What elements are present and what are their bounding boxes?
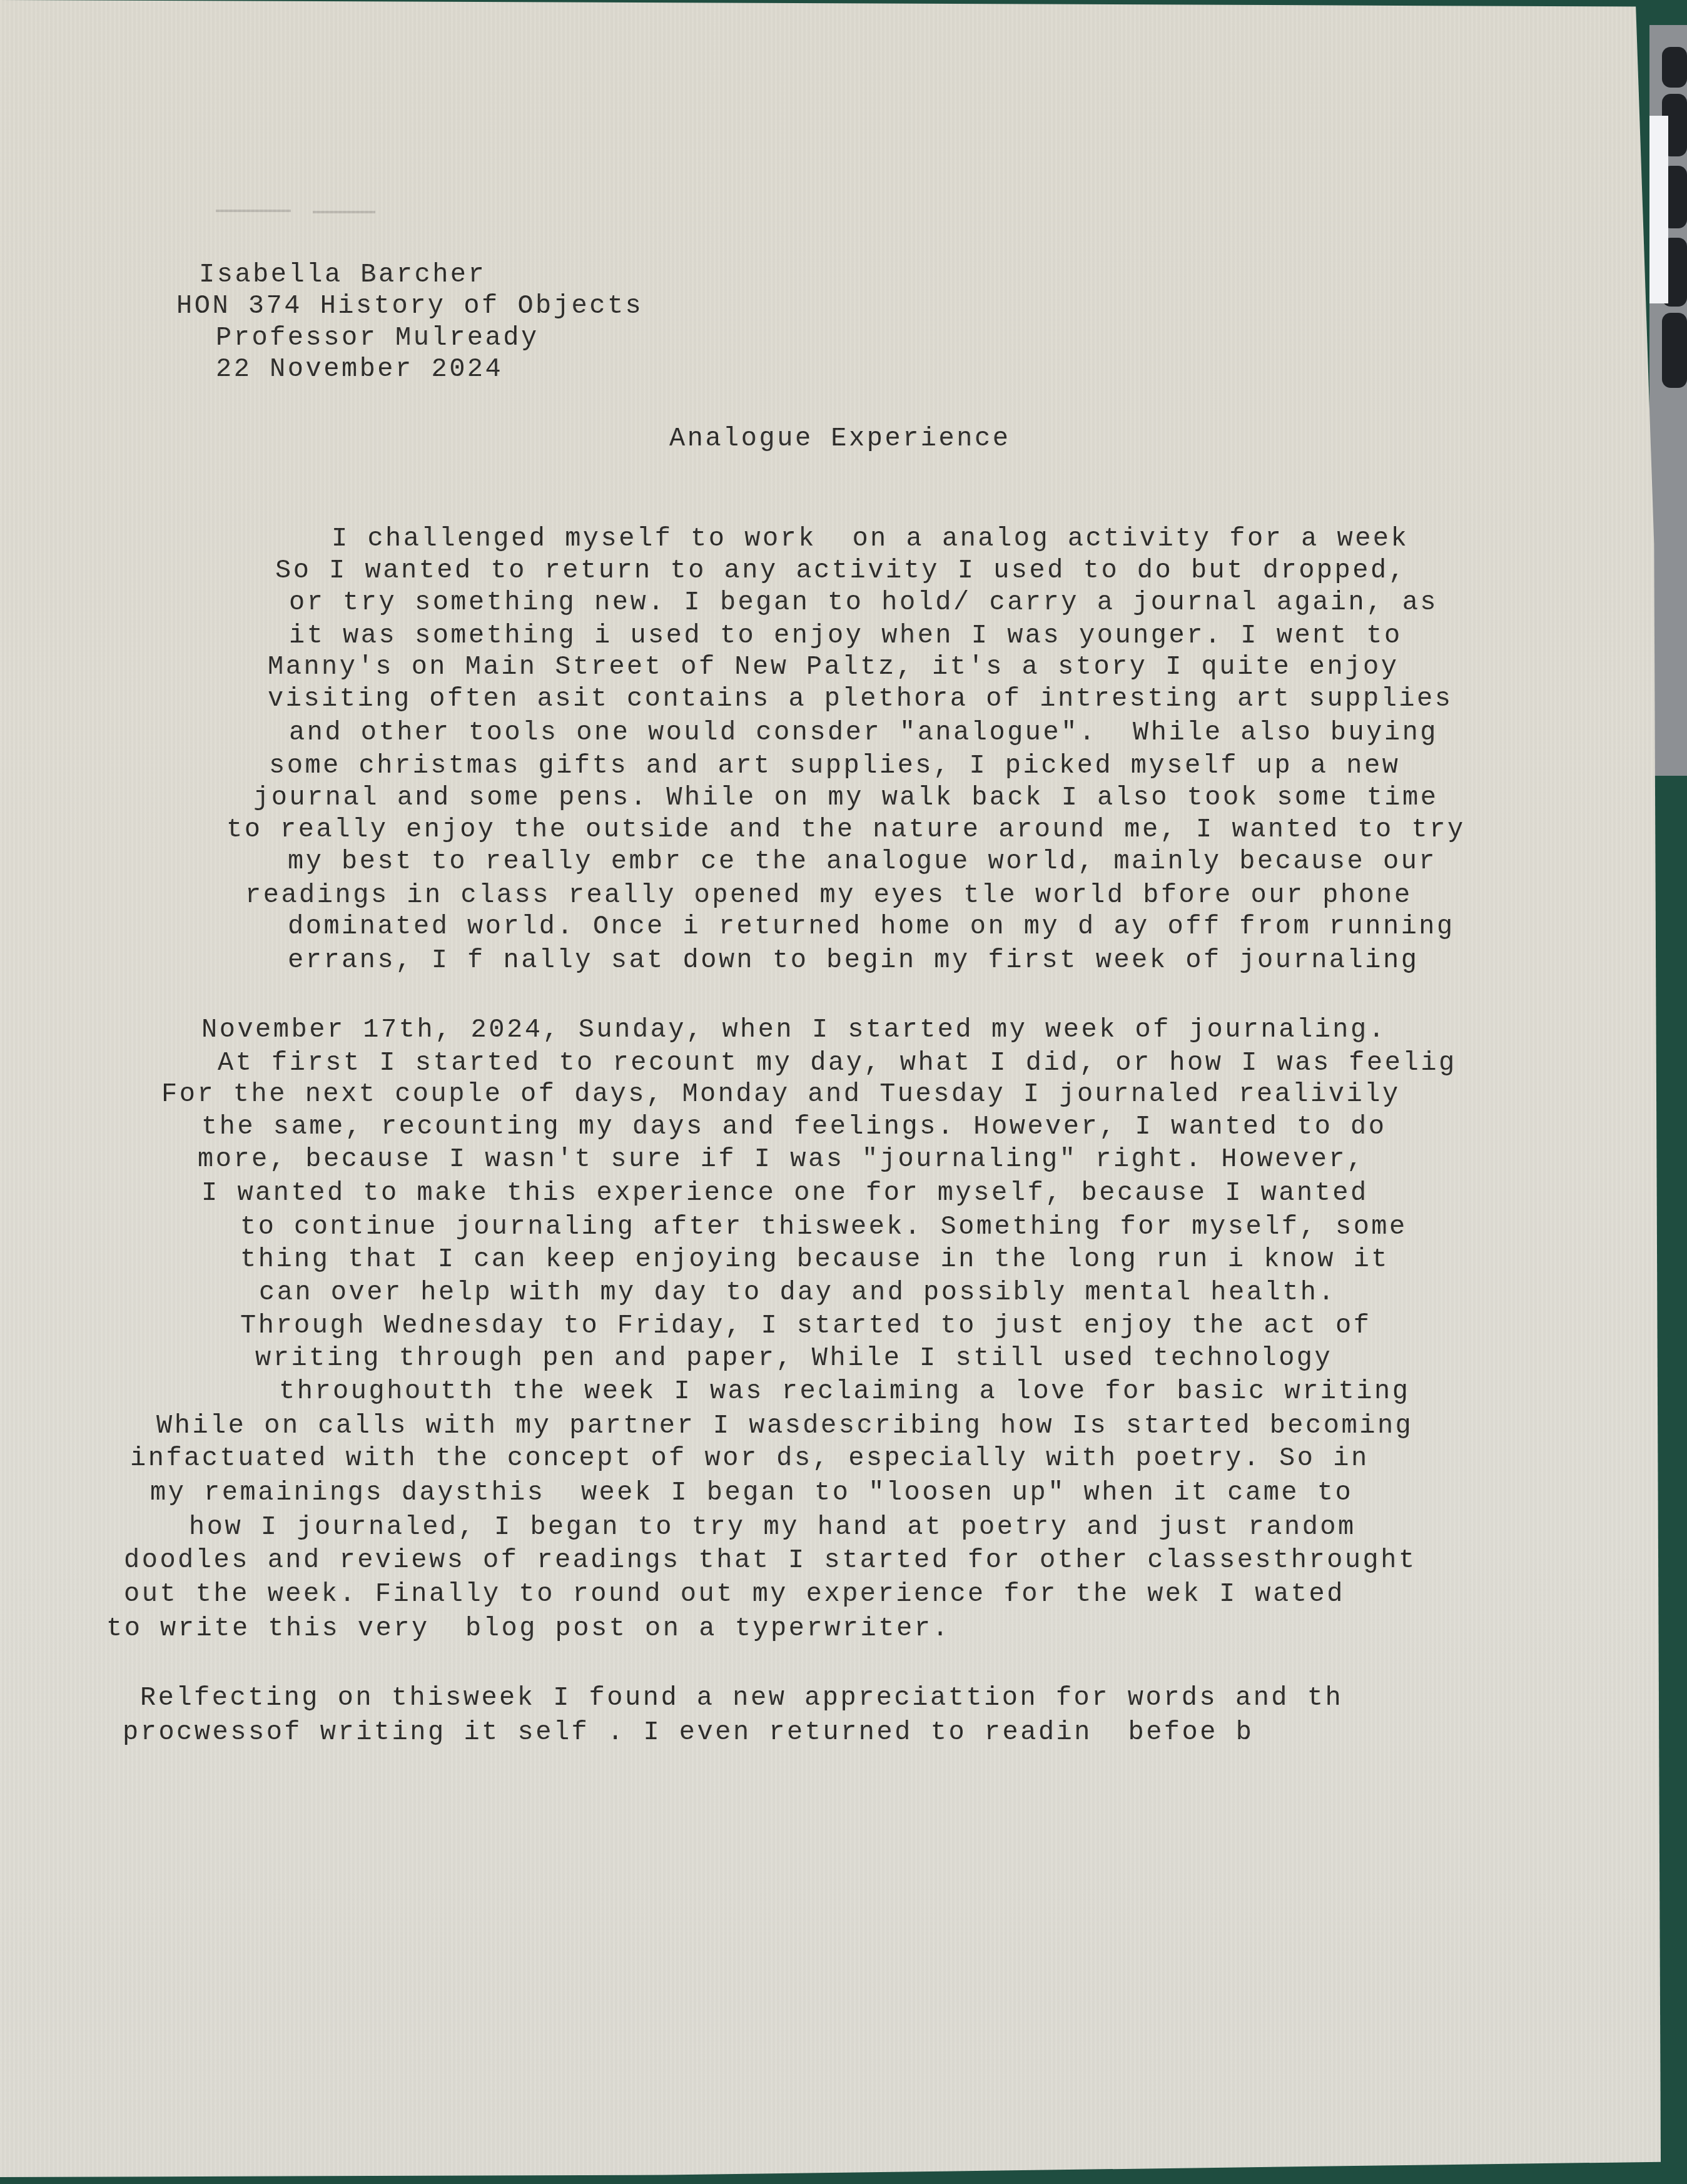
typewritten-page: Isabella Barcher HON 374 History of Obje… [0,0,1661,2177]
text-line: procwessof writing it self . I even retu… [123,1719,1254,1745]
text-line: how I journaled, I began to try my hand … [189,1514,1356,1540]
ghost-mark [216,210,291,212]
text-line: Through Wednesday to Friday, I started t… [240,1313,1371,1339]
text-line: infactuated with the concept of wor ds, … [130,1445,1369,1471]
text-line: doodles and reviews of readings that I s… [124,1547,1417,1573]
text-line: At first I started to recount my day, wh… [218,1050,1457,1076]
text-line: November 17th, 2024, Sunday, when I star… [201,1017,1386,1043]
text-line: my best to really embr ce the analogue w… [288,848,1437,875]
course-name: HON 374 History of Objects [176,293,643,319]
text-line: visiting often asit contains a plethora … [268,686,1452,712]
text-line: to write this very blog post on a typerw… [106,1615,950,1642]
text-line: more, because I wasn't sure if I was "jo… [198,1146,1365,1172]
text-line: can over help with my day to day and pos… [259,1279,1336,1306]
text-line: it was something i used to enjoy when I … [289,622,1402,649]
text-line: I challenged myself to work on a analog … [332,526,1409,552]
text-line: errans, I f nally sat down to begin my f… [288,947,1419,973]
document-date: 22 November 2024 [216,356,503,382]
student-name: Isabella Barcher [199,262,486,288]
keyboard-key [1662,47,1687,88]
text-line: Manny's on Main Street of New Paltz, it'… [268,654,1399,680]
text-line: So I wanted to return to any activity I … [275,557,1406,584]
keyboard-backdrop [1649,25,1687,776]
text-line: some christmas gifts and art supplies, I… [269,753,1400,779]
text-line: my remainings daysthis week I began to "… [150,1480,1353,1506]
text-line: out the week. Finally to round out my ex… [124,1581,1345,1607]
text-line: dominated world. Once i returned home on… [288,913,1455,940]
text-line: throughoutth the week I was reclaiming a… [279,1378,1410,1404]
text-line: and other tools one would consder "analo… [289,719,1438,746]
text-line: thing that I can keep enjoying because i… [240,1246,1389,1272]
text-line: Relfecting on thisweek I found a new app… [140,1685,1343,1711]
page-title: Analogue Experience [669,425,1010,452]
text-line: writing through pen and paper, While I s… [255,1345,1332,1371]
text-line: the same, recounting my days and feeling… [201,1114,1386,1140]
text-line: to continue journaling after thisweek. S… [240,1214,1407,1240]
text-line: to really enjoy the outside and the natu… [226,816,1466,843]
professor-name: Professor Mulready [216,325,539,351]
keyboard-key [1662,313,1687,388]
text-line: For the next couple of days, Monday and … [161,1081,1401,1107]
text-line: While on calls with my partner I wasdesc… [156,1413,1413,1439]
ghost-mark [313,211,375,213]
text-line: or try something new. I began to hold/ c… [289,589,1438,616]
text-line: readings in class really opened my eyes … [245,882,1412,908]
text-line: I wanted to make this experience one for… [201,1180,1369,1206]
text-line: journal and some pens. While on my walk … [253,785,1438,811]
underlying-sheet [1649,116,1668,303]
